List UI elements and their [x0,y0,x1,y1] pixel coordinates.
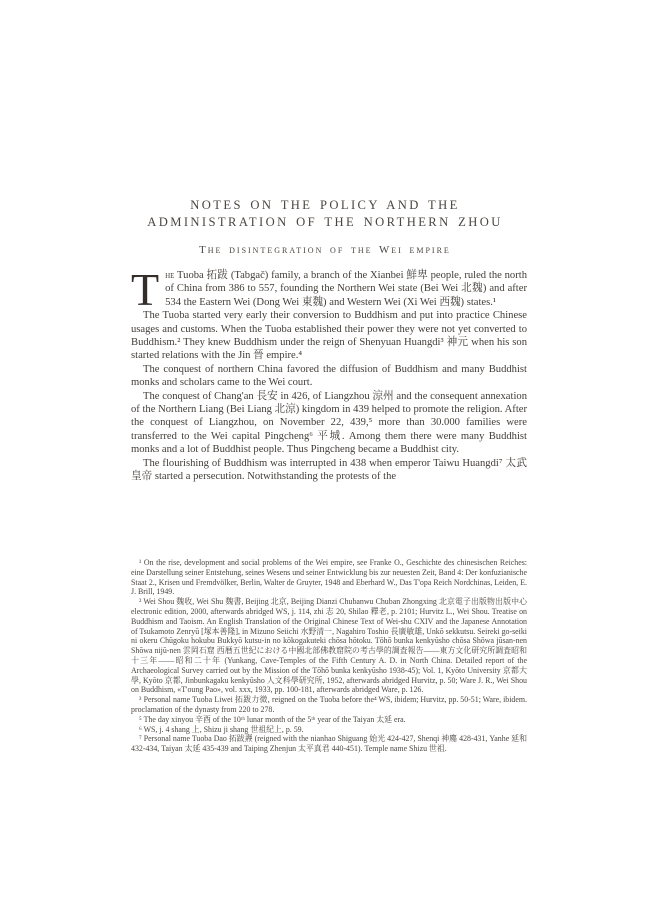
footnotes: ¹ On the rise, development and social pr… [131,558,527,754]
footnote-3: ³ Personal name Tuoba Liwei 拓跋力微, reigne… [131,695,374,714]
title-line-1: NOTES ON THE POLICY AND THE [115,197,535,214]
title-line-2: ADMINISTRATION OF THE NORTHERN ZHOU [115,214,535,231]
drop-cap: T [131,269,165,308]
paragraph-2: The Tuoba started very early their conve… [131,309,527,363]
footnote-3-and-4: ⁴ WS, ibidem; Hurvitz, pp. 50-51; Ware, … [131,695,527,715]
footnote-1: ¹ On the rise, development and social pr… [131,558,527,597]
section-heading: The disintegration of the Wei empire [115,244,535,256]
footnote-4: ⁴ WS, ibidem; Hurvitz, pp. 50-51; Ware, … [374,695,527,705]
footnote-7: ⁷ Personal name Tuoba Dao 拓跋燾 (reigned w… [131,734,527,754]
article-title: NOTES ON THE POLICY AND THE ADMINISTRATI… [115,197,535,231]
paragraph-4: The conquest of Chang'an 長安 in 426, of L… [131,390,527,457]
body-text: The Tuoba 拓跋 (Tabgač) family, a branch o… [131,269,527,484]
paragraph-1: The Tuoba 拓跋 (Tabgač) family, a branch o… [131,269,527,309]
footnote-5: ⁵ The day xinyou 辛酉 of the 10ᵗʰ lunar mo… [131,715,527,725]
paragraph-5: The flourishing of Buddhism was interrup… [131,457,527,484]
footnote-6: ⁶ WS, j. 4 shang 上, Shizu ji shang 世祖紀上,… [131,725,527,735]
paragraph-1-text: Tuoba 拓跋 (Tabgač) family, a branch of th… [165,270,527,308]
paper-page: NOTES ON THE POLICY AND THE ADMINISTRATI… [0,0,650,919]
footnote-2: ² Wei Shou 魏收, Wei Shu 魏書, Beijing 北京, B… [131,597,527,695]
paragraph-3: The conquest of northern China favored t… [131,363,527,390]
